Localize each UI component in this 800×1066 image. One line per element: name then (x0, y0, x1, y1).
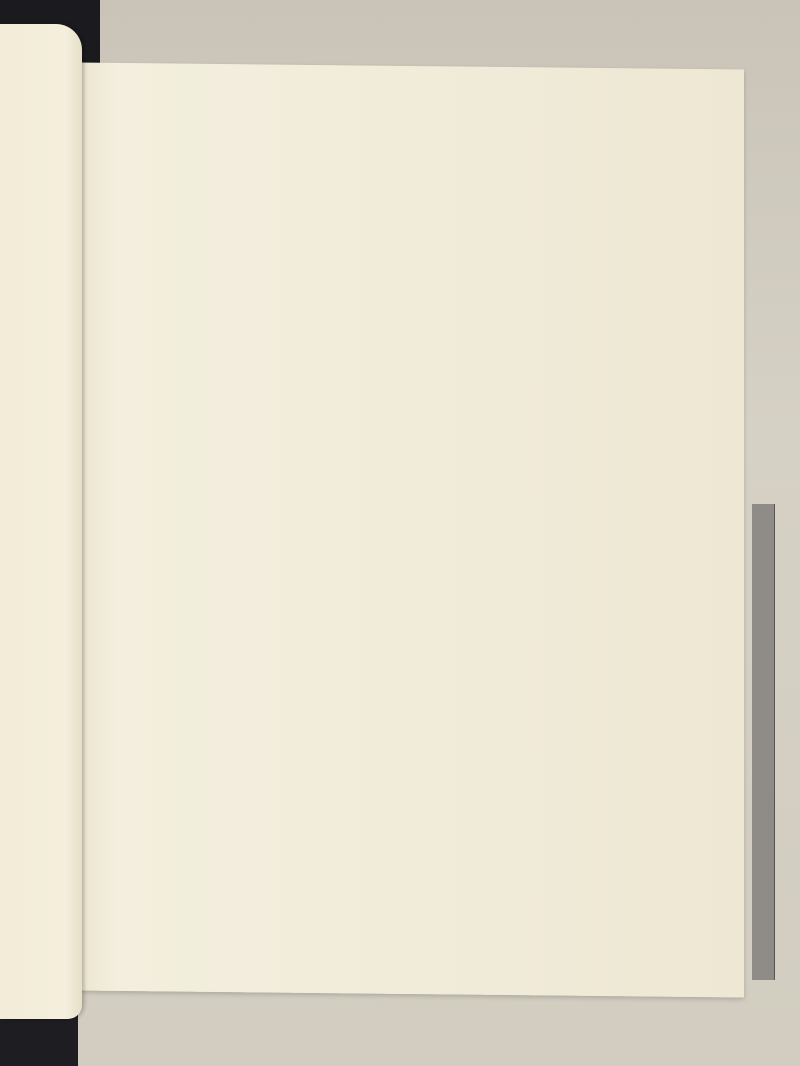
color-calibration-grayscale (766, 84, 800, 422)
previous-leaf (0, 24, 82, 1019)
color-calibration-color-bar (752, 504, 800, 980)
measuring-ruler (752, 504, 775, 980)
manuscript-page (76, 63, 744, 998)
color-swatches (775, 504, 800, 980)
